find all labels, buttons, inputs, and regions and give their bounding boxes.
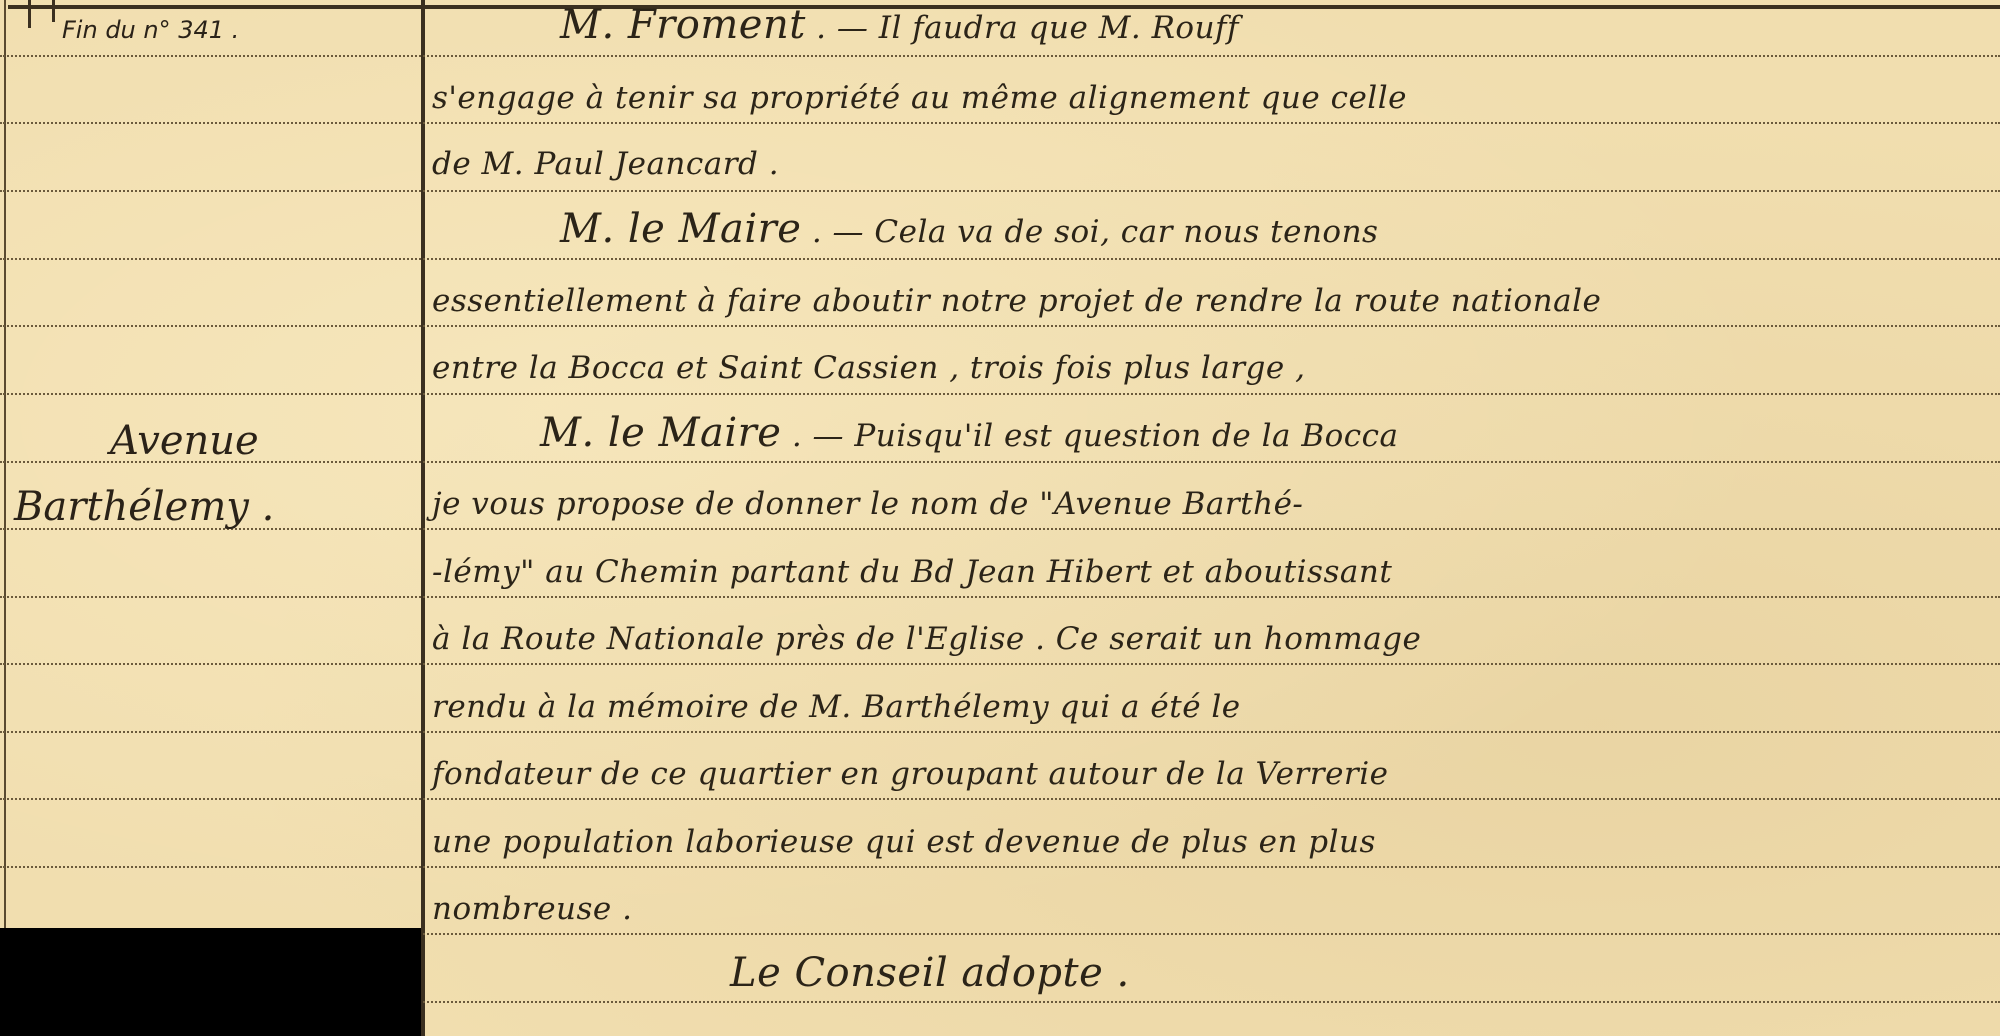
body-line-11: rendu à la mémoire de M. Barthélemy qui …	[432, 689, 1992, 749]
margin-note-end-of-entry: Fin du n° 341 .	[62, 16, 239, 44]
margin-title-line-1: Avenue	[110, 418, 259, 464]
left-margin-edge	[4, 0, 6, 1036]
body-line-12: fondateur de ce quartier en groupant aut…	[432, 756, 1992, 816]
body-line-14: nombreuse .	[432, 891, 1992, 951]
body-line-6: entre la Bocca et Saint Cassien , trois …	[432, 350, 1992, 410]
body-line-4: M. le Maire . — Cela va de soi, car nous…	[560, 206, 2000, 266]
body-line-2: s'engage à tenir sa propriété au même al…	[432, 80, 1992, 140]
corner-tick	[28, 0, 31, 28]
redaction-block	[0, 928, 421, 1036]
margin-title-line-2: Barthélemy .	[14, 484, 274, 530]
body-line-15-resolution: Le Conseil adopte .	[730, 950, 2000, 1010]
column-divider	[421, 0, 425, 1036]
body-line-13: une population laborieuse qui est devenu…	[432, 824, 1992, 884]
body-line-3: de M. Paul Jeancard .	[432, 146, 1992, 206]
body-line-5: essentiellement à faire aboutir notre pr…	[432, 283, 1992, 343]
corner-tick	[52, 0, 55, 22]
body-line-8: je vous propose de donner le nom de "Ave…	[432, 486, 1992, 546]
speaker-name: M. Froment	[560, 2, 806, 48]
body-line-1: M. Froment . — Il faudra que M. Rouff	[560, 2, 2000, 62]
register-page: Fin du n° 341 . Avenue Barthélemy . M. F…	[0, 0, 2000, 1036]
speaker-name: M. le Maire	[560, 206, 801, 252]
body-line-7: M. le Maire . — Puisqu'il est question d…	[540, 410, 2000, 470]
body-line-10: à la Route Nationale près de l'Eglise . …	[432, 621, 1992, 681]
speaker-name: M. le Maire	[540, 410, 781, 456]
body-line-9: -lémy" au Chemin partant du Bd Jean Hibe…	[432, 554, 1992, 614]
